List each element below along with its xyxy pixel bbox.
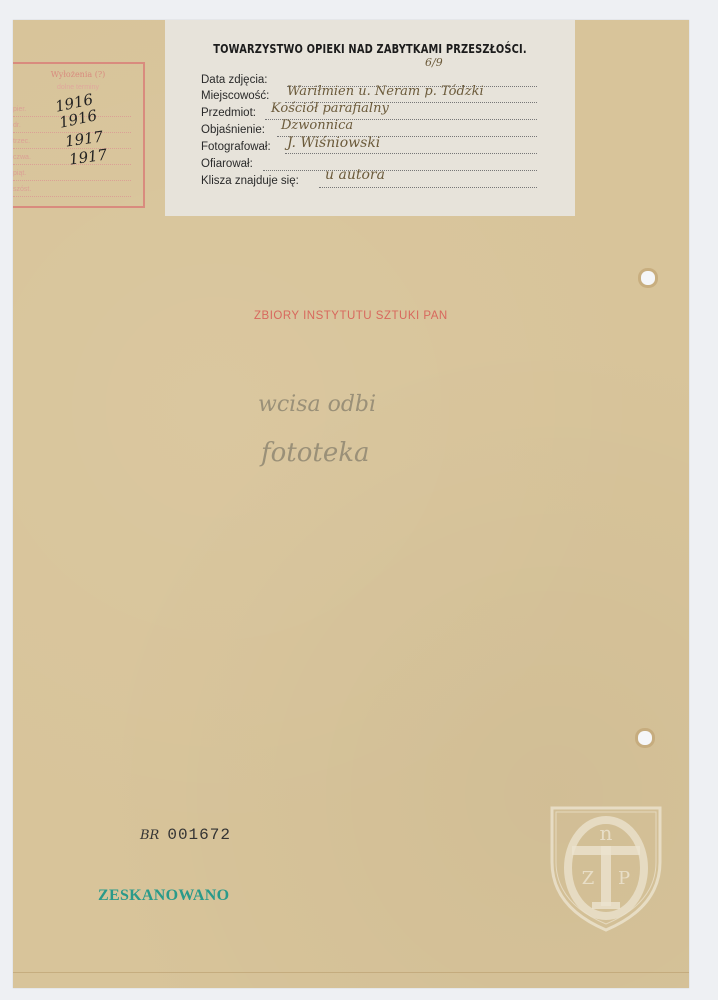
- society-label: TOWARZYSTWO OPIEKI NAD ZABYTKAMI PRZESZŁ…: [165, 20, 575, 216]
- field-description-value: Dzwonnica: [281, 118, 353, 133]
- inventory-value: 001672: [167, 826, 231, 844]
- pencil-note-line-1: wcisa odbi: [258, 392, 376, 417]
- field-negative-location: Klisza znajduje się:: [201, 175, 299, 187]
- registry-row: piąt.: [13, 170, 131, 181]
- svg-text:Z: Z: [582, 868, 595, 889]
- field-location: Miejscowość:: [201, 90, 269, 102]
- registry-stamp: Wyłożenia (?) dolne terminy pier. dr. tr…: [13, 62, 145, 208]
- field-photo-date: Data zdjęcia:: [201, 74, 267, 86]
- registry-row: szóst.: [13, 186, 131, 197]
- collection-stamp: ZBIORY INSTYTUTU SZTUKI PAN: [254, 310, 448, 322]
- archive-card: Wyłożenia (?) dolne terminy pier. dr. tr…: [13, 20, 689, 988]
- scanned-stamp: ZESKANOWANO: [98, 887, 229, 905]
- punch-hole: [638, 731, 652, 745]
- field-subject: Przedmiot:: [201, 107, 256, 119]
- svg-text:n: n: [600, 821, 613, 845]
- registry-year: 1917: [68, 145, 108, 168]
- pencil-note-line-2: fototeka: [261, 438, 369, 468]
- field-photo-date-value: 6/9: [425, 56, 443, 69]
- inventory-number: BR001672: [140, 826, 231, 844]
- field-line: [263, 170, 537, 171]
- field-donor: Ofiarował:: [201, 158, 253, 170]
- svg-text:P: P: [618, 868, 630, 889]
- field-subject-value: Kościół parafialny: [271, 101, 389, 116]
- field-description: Objaśnienie:: [201, 124, 265, 136]
- fold-line: [13, 972, 689, 973]
- field-photographer-value: J. Wiśniowski: [287, 135, 380, 151]
- registry-stamp-subheading: dolne terminy: [13, 84, 143, 91]
- field-photographer: Fotografował:: [201, 141, 271, 153]
- field-negative-location-value: u autora: [325, 167, 385, 183]
- field-line: [285, 153, 537, 154]
- field-line: [319, 187, 537, 188]
- field-location-value: Wariłmien u. Neram p. Tódzki: [287, 84, 484, 99]
- label-title: TOWARZYSTWO OPIEKI NAD ZABYTKAMI PRZESZŁ…: [202, 42, 538, 56]
- inventory-prefix: BR: [140, 828, 159, 843]
- punch-hole: [641, 271, 655, 285]
- emblem-watermark-icon: n Z P: [546, 802, 666, 934]
- registry-stamp-heading: Wyłożenia (?): [13, 70, 143, 79]
